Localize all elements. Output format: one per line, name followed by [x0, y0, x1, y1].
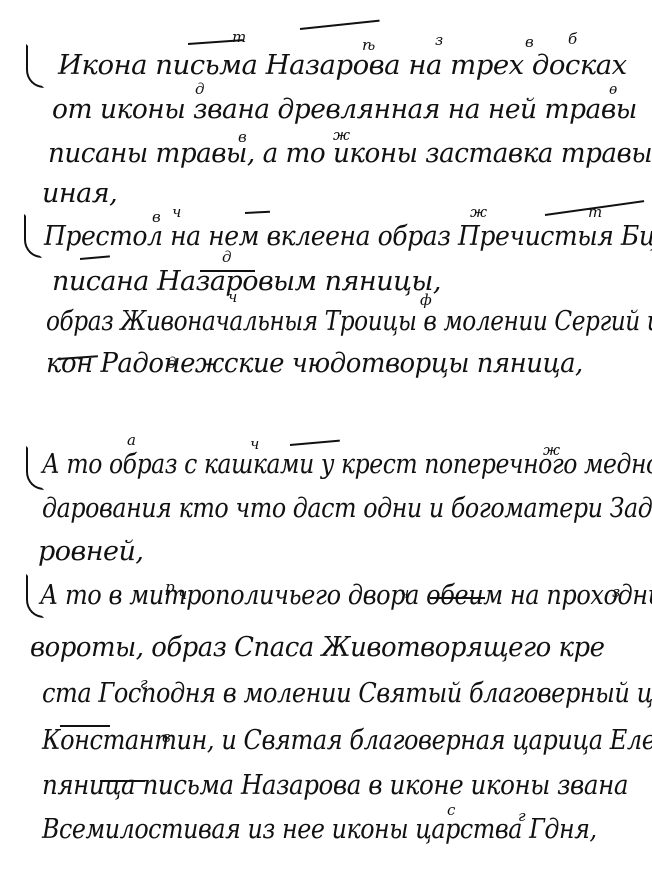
superscript-letter: д — [222, 250, 232, 265]
manuscript-line: иная, — [42, 180, 117, 207]
superscript-letter: з — [612, 585, 620, 600]
manuscript-line: от иконы звана древлянная на ней травы — [52, 96, 637, 123]
superscript-letter: ѣ — [362, 38, 375, 53]
manuscript-page: Икона письма Назарова на трех доскахот и… — [0, 0, 652, 879]
superscript-letter: ч — [178, 587, 187, 602]
titlo-stroke — [80, 255, 110, 260]
superscript-letter: ѳ — [609, 82, 617, 97]
titlo-stroke — [430, 597, 485, 599]
manuscript-line: вороты, образ Спаса Животворящего кре — [30, 634, 605, 661]
superscript-letter: р — [165, 580, 175, 595]
initial-flourish — [24, 214, 42, 258]
initial-flourish — [26, 44, 44, 88]
superscript-letter: а — [127, 433, 136, 448]
superscript-letter: ч — [250, 437, 259, 452]
superscript-letter: з — [435, 33, 443, 48]
superscript-letter: ч — [400, 586, 409, 601]
superscript-letter: с — [447, 803, 455, 818]
superscript-letter: ф — [420, 293, 432, 308]
superscript-letter: в — [238, 130, 247, 145]
titlo-stroke — [100, 780, 145, 782]
superscript-letter: в — [152, 210, 161, 225]
manuscript-line: Икона письма Назарова на трех досках — [58, 52, 627, 79]
manuscript-line: писаны травы, а то иконы заставка травы — [48, 140, 652, 167]
titlo-stroke — [245, 211, 270, 214]
titlo-stroke — [290, 440, 340, 446]
manuscript-line: Константин, и Святая благоверная царица … — [42, 727, 652, 754]
superscript-letter: ч — [172, 205, 181, 220]
manuscript-line: Престол на нем вклеена образ Пречистыя Б… — [44, 223, 652, 250]
manuscript-line: ста Господня в молении Святый благоверны… — [42, 680, 652, 707]
titlo-stroke — [60, 725, 110, 727]
manuscript-line: писана Назаровым пяницы, — [52, 268, 441, 295]
superscript-letter: г — [518, 809, 526, 824]
manuscript-line: образ Живоначальныя Троицы в молении Сер… — [46, 308, 652, 335]
superscript-letter: ж — [333, 128, 350, 143]
superscript-letter: в — [525, 35, 534, 50]
titlo-stroke — [200, 270, 255, 272]
superscript-letter: ж — [543, 443, 560, 458]
titlo-stroke — [300, 20, 380, 30]
manuscript-line: пяница письма Назарова в иконе иконы зва… — [42, 772, 628, 799]
superscript-letter: ж — [470, 205, 487, 220]
manuscript-line: дарования кто что даст одни и богоматери… — [42, 495, 652, 522]
manuscript-line: кон Радонежские чюдотворцы пяница, — [46, 350, 583, 377]
superscript-letter: ч — [228, 290, 237, 305]
superscript-letter: б — [568, 32, 577, 47]
superscript-letter: д — [167, 356, 177, 371]
manuscript-line: А то в митрополичьего двора обеим на про… — [40, 582, 652, 609]
superscript-letter: т — [232, 30, 246, 45]
initial-flourish — [26, 446, 44, 490]
superscript-letter: г — [140, 676, 148, 691]
manuscript-line: Всемилостивая из нее иконы царства Гдня, — [42, 816, 597, 843]
initial-flourish — [26, 574, 44, 618]
manuscript-line: ровней, — [38, 538, 144, 565]
superscript-letter: д — [195, 82, 205, 97]
manuscript-line: А то образ с кашками у крест поперечного… — [42, 451, 652, 478]
superscript-letter: в — [162, 730, 171, 745]
